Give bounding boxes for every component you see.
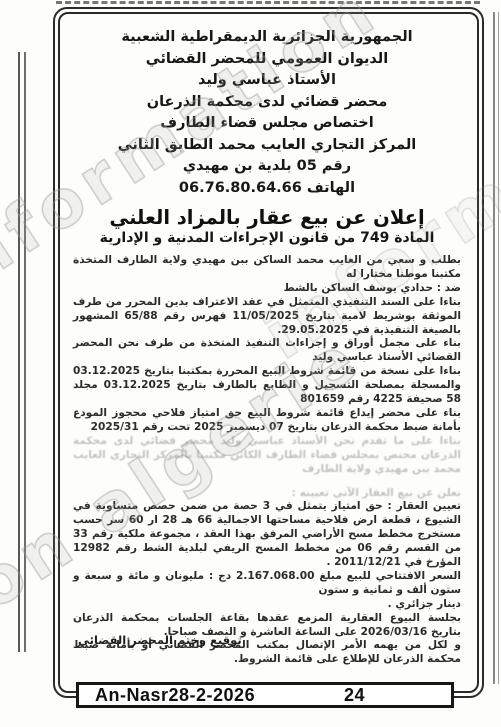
legal-notice-document: الجمهورية الجزائرية الديمقراطية الشعبية … — [60, 14, 477, 691]
body-paragraph: بناءا على نسخة من قائمة شروط البيع المحر… — [73, 365, 461, 407]
body-paragraph: دينار جزائري . — [73, 598, 461, 612]
announcement-title: إعلان عن بيع عقار بالمزاد العلني — [72, 206, 462, 229]
body-paragraph: بناء على محضر إيداع قائمة شروط البيع حق … — [73, 407, 461, 435]
jurisdiction: اختصاص مجلس قضاء الطارف — [72, 113, 462, 135]
announcement-inner-border: الجمهورية الجزائرية الديمقراطية الشعبية … — [58, 12, 479, 693]
newspaper-clipping-scan: الجمهورية الجزائرية الديمقراطية الشعبية … — [0, 0, 501, 727]
body-paragraph: بناءا على السند التنفيذي المتمثل في عقد … — [73, 296, 461, 338]
body-paragraph-faded: بناءا على ما تقدم نحن الأستاذ عباسي وليد… — [73, 435, 461, 477]
body-paragraph-property-description: تعيين العقار : حق امتياز يتمثل في 3 حصة … — [73, 500, 461, 570]
notice-body: بطلب و سعي من العايب محمد الساكن ببن مهي… — [73, 254, 461, 667]
newspaper-caption-bar: An-Nasr28-2-2026 24 — [76, 682, 454, 708]
office-name: الديوان العمومي للمحضر القضائي — [72, 49, 462, 71]
body-paragraph-opening-price: السعر الافتتاحي للبيع مبلغ 2.167.068.00 … — [73, 570, 461, 598]
scan-left-column-rule — [18, 52, 26, 652]
body-paragraph-faded: نعلن عن بيع العقار الآتي تعيينه : — [73, 487, 461, 501]
body-paragraph-defendant: ضد : حدادي يوسف الساكن بالشط — [73, 282, 461, 296]
bailiff-role: محضر قضائي لدى محكمة الذرعان — [72, 92, 462, 114]
legal-article-reference: المادة 749 من قانون الإجراءات المدنية و … — [72, 230, 462, 246]
announcement-outer-border: الجمهورية الجزائرية الديمقراطية الشعبية … — [53, 7, 484, 698]
scan-right-edge-artifact — [493, 12, 499, 684]
newspaper-name-and-date: An-Nasr28-2-2026 — [95, 685, 255, 706]
page-number: 24 — [344, 685, 365, 706]
letterhead: الجمهورية الجزائرية الديمقراطية الشعبية … — [72, 27, 462, 199]
office-address-2: رقم 05 بلدية بن مهيدي — [72, 156, 462, 178]
office-address: المركز التجاري العايب محمد الطابق الثاني — [72, 135, 462, 157]
signature-and-stamp-line: توقيع وختم المحضر القضائي — [78, 633, 242, 647]
scan-top-edge-artifact — [56, 1, 480, 4]
phone-number: الهاتف 06.76.80.64.66 — [72, 178, 462, 200]
body-paragraph: بناء على مجمل أوراق و إجراءات التنفيذ ال… — [73, 337, 461, 365]
body-paragraph: بطلب و سعي من العايب محمد الساكن ببن مهي… — [73, 254, 461, 282]
republic-name: الجمهورية الجزائرية الديمقراطية الشعبية — [72, 27, 462, 49]
bailiff-name: الأستاذ عباسي وليد — [72, 70, 462, 92]
